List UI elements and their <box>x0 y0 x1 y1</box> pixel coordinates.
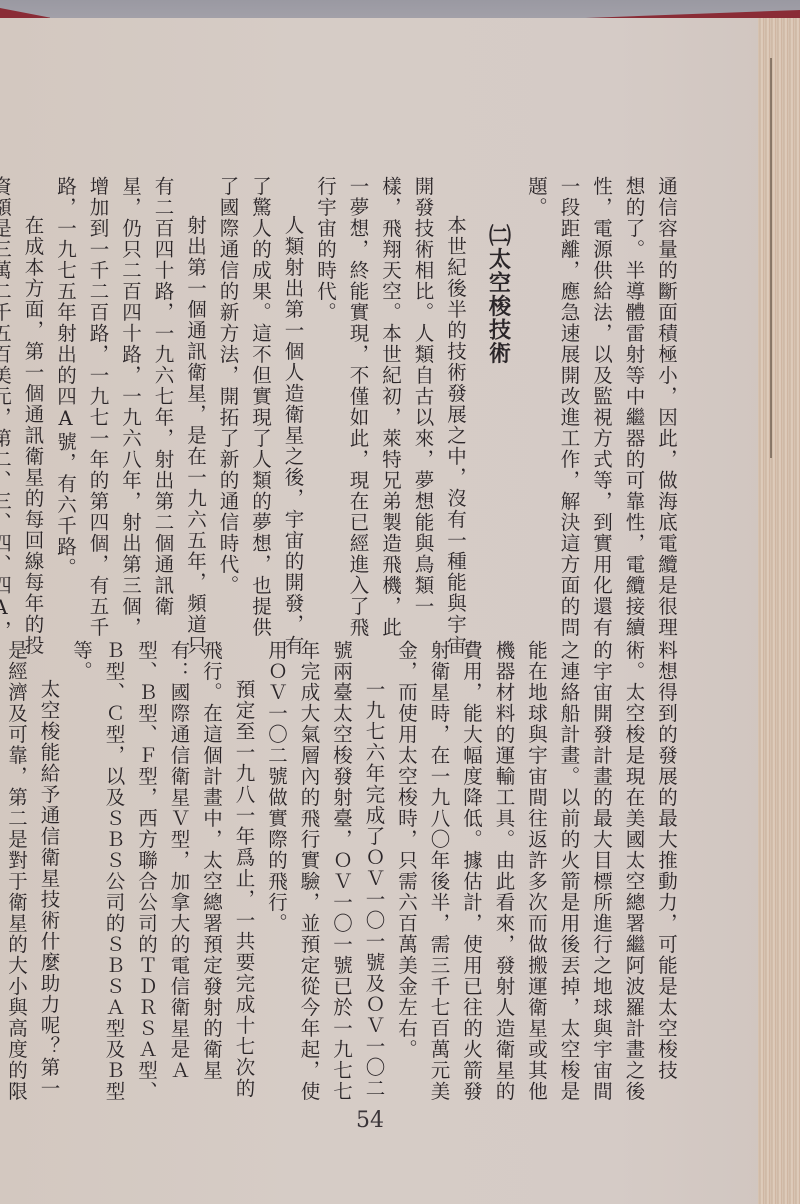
lower-text-block: 料想得到的發展的最大推動力，可能是太空梭技術。太空梭是現在美國太空總署繼阿波羅計… <box>42 640 682 1110</box>
page-edges <box>758 18 800 1204</box>
intro-paragraph: 通信容量的斷面積極小，因此，做海底電纜是很理想的了。半導體雷射等中繼器的可靠性，… <box>520 176 683 656</box>
upper-text-block: 通信容量的斷面積極小，因此，做海底電纜是很理想的了。半導體雷射等中繼器的可靠性，… <box>42 176 682 656</box>
paragraph: 本世紀後半的技術發展之中，沒有一種能與宇宙開發技術相比。人類自古以來，夢想能與鳥… <box>309 176 472 656</box>
paragraph: 太空梭能給予通信衛星技術什麼助力呢？第一是經濟及可靠，第二是對于衛星的大小與高度… <box>0 640 65 1110</box>
paragraph: 人類射出第一個人造衛星之後，宇宙的開發，有了驚人的成果。這不但實現了人類的夢想，… <box>211 176 309 656</box>
section-heading: ㈡太空梭技術 <box>481 176 514 656</box>
page-number: 54 <box>356 1108 384 1133</box>
book-page: 通信容量的斷面積極小，因此，做海底電纜是很理想的了。半導體雷射等中繼器的可靠性，… <box>0 18 768 1204</box>
paragraph: 射出第一個通訊衛星，是在一九六五年，頻道只有二百四十路，一九六七年，射出第二個通… <box>49 176 212 656</box>
paragraph: 一九七六年完成了ＯＶ一〇一號及ＯＶ一〇二號兩臺太空梭發射臺，ＯＶ一〇一號已於一九… <box>260 640 390 1110</box>
paragraph: 在成本方面，第一個通訊衛星的每回線每年的投資額是三萬二千五百美元，第二、三、四、… <box>0 176 49 656</box>
paragraph: 預定至一九八一年爲止，一共要完成十七次的飛行。在這個計畫中，太空總署預定發射的衛… <box>65 640 260 1110</box>
paragraph: 料想得到的發展的最大推動力，可能是太空梭技術。太空梭是現在美國太空總署繼阿波羅計… <box>390 640 683 1110</box>
